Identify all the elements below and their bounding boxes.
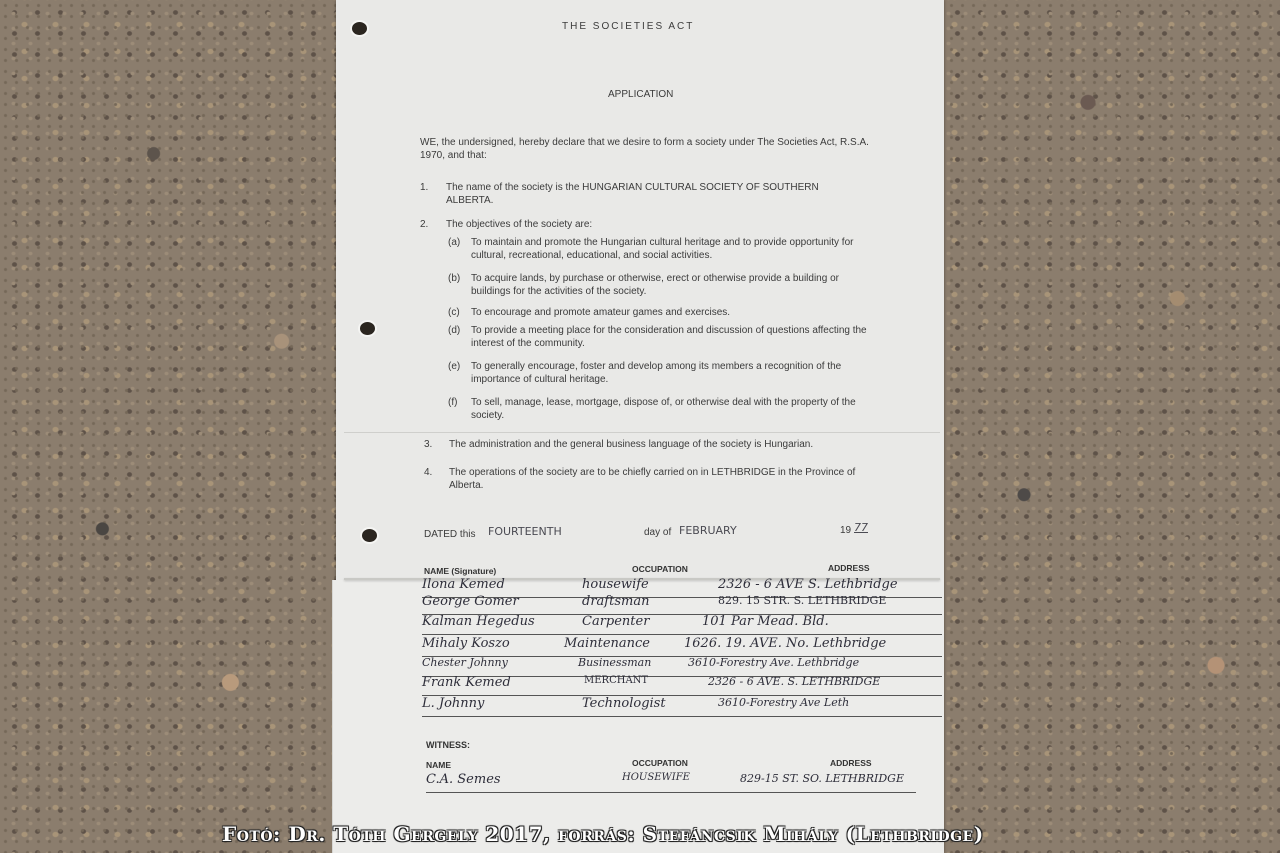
punch-hole	[358, 320, 377, 337]
objective-letter: (c)	[448, 306, 460, 319]
signatory-address: 2326 - 6 AVE S. Lethbridge	[718, 577, 898, 592]
signatory-name: Frank Kemed	[422, 675, 511, 690]
signatory-address: 101 Par Mead. Bld.	[702, 614, 829, 629]
item-number: 4.	[424, 466, 432, 479]
year-prefix: 19	[840, 524, 851, 537]
dated-month: FEBRUARY	[679, 524, 737, 537]
item-language: The administration and the general busin…	[449, 438, 889, 451]
signatory-occupation: MERCHANT	[584, 675, 648, 686]
document-header: THE SOCIETIES ACT	[562, 20, 694, 33]
signatory-row: Frank Kemed MERCHANT 2326 - 6 AVE. S. LE…	[422, 675, 942, 696]
witness-address: 829-15 ST. SO. LETHBRIDGE	[740, 772, 904, 785]
signatory-occupation: Technologist	[582, 696, 666, 711]
signatory-row: George Gomer draftsman 829. 15 STR. S. L…	[422, 594, 942, 615]
fold-line	[344, 432, 940, 433]
photo-credit-caption: Fotó: Dr. Tóth Gergely 2017, forrás: Ste…	[222, 822, 1262, 846]
objective-d: To provide a meeting place for the consi…	[471, 324, 881, 350]
intro-paragraph: WE, the undersigned, hereby declare that…	[420, 136, 880, 162]
witness-occupation: HOUSEWIFE	[622, 772, 690, 783]
item-number: 1.	[420, 181, 428, 194]
signatory-address: 829. 15 STR. S. LETHBRIDGE	[718, 594, 886, 607]
signatory-occupation: housewife	[582, 577, 649, 592]
signatory-address: 3610-Forestry Ave Leth	[718, 696, 849, 709]
objective-b: To acquire lands, by purchase or otherwi…	[471, 272, 881, 298]
signatory-row: Chester Johnny Businessman 3610-Forestry…	[422, 656, 942, 677]
application-document: THE SOCIETIES ACT APPLICATION WE, the un…	[336, 0, 944, 853]
witness-row: C.A. Semes HOUSEWIFE 829-15 ST. SO. LETH…	[426, 772, 916, 793]
objective-e: To generally encourage, foster and devel…	[471, 360, 881, 386]
signatory-occupation: Carpenter	[582, 614, 649, 629]
occupation-column-header: OCCUPATION	[632, 564, 688, 574]
name-column-header: NAME (Signature)	[424, 566, 496, 576]
punch-hole	[350, 20, 369, 37]
dated-label: DATED this	[424, 528, 476, 541]
objective-a: To maintain and promote the Hungarian cu…	[471, 236, 881, 262]
address-column-header: ADDRESS	[828, 563, 870, 573]
objective-letter: (b)	[448, 272, 460, 285]
item-number: 2.	[420, 218, 428, 231]
signatory-occupation: Maintenance	[564, 636, 650, 651]
item-operations: The operations of the society are to be …	[449, 466, 889, 492]
signatory-name: Ilona Kemed	[422, 577, 505, 592]
signatory-address: 1626. 19. AVE. No. Lethbridge	[684, 636, 886, 651]
witness-label: WITNESS:	[426, 740, 470, 750]
day-of-label: day of	[644, 526, 671, 539]
objective-letter: (d)	[448, 324, 460, 337]
witness-address-header: ADDRESS	[830, 758, 872, 768]
objective-letter: (f)	[448, 396, 457, 409]
document-title: APPLICATION	[608, 88, 673, 101]
witness-occupation-header: OCCUPATION	[632, 758, 688, 768]
objective-c: To encourage and promote amateur games a…	[471, 306, 881, 319]
signatory-address: 3610-Forestry Ave. Lethbridge	[688, 656, 859, 669]
signatory-row: Mihaly Koszo Maintenance 1626. 19. AVE. …	[422, 636, 942, 657]
signatory-name: L. Johnny	[422, 696, 484, 711]
objective-f: To sell, manage, lease, mortgage, dispos…	[471, 396, 881, 422]
signatory-occupation: Businessman	[578, 656, 651, 669]
punch-hole	[360, 527, 379, 544]
signatory-name: George Gomer	[422, 594, 519, 609]
witness-name-header: NAME	[426, 760, 451, 770]
item-objectives-heading: The objectives of the society are:	[446, 218, 592, 231]
signatory-name: Mihaly Koszo	[422, 636, 510, 651]
signatory-row: L. Johnny Technologist 3610-Forestry Ave…	[422, 696, 942, 717]
objective-letter: (e)	[448, 360, 460, 373]
signatory-occupation: draftsman	[582, 594, 649, 609]
item-society-name: The name of the society is the HUNGARIAN…	[446, 181, 866, 207]
signatory-address: 2326 - 6 AVE. S. LETHBRIDGE	[708, 675, 880, 688]
signatory-name: Kalman Hegedus	[422, 614, 535, 629]
dated-year: 77	[854, 521, 868, 534]
dated-day: FOURTEENTH	[488, 525, 562, 538]
witness-name: C.A. Semes	[426, 772, 501, 787]
item-number: 3.	[424, 438, 432, 451]
signatory-name: Chester Johnny	[422, 656, 508, 669]
signatory-row: Kalman Hegedus Carpenter 101 Par Mead. B…	[422, 614, 942, 635]
objective-letter: (a)	[448, 236, 460, 249]
